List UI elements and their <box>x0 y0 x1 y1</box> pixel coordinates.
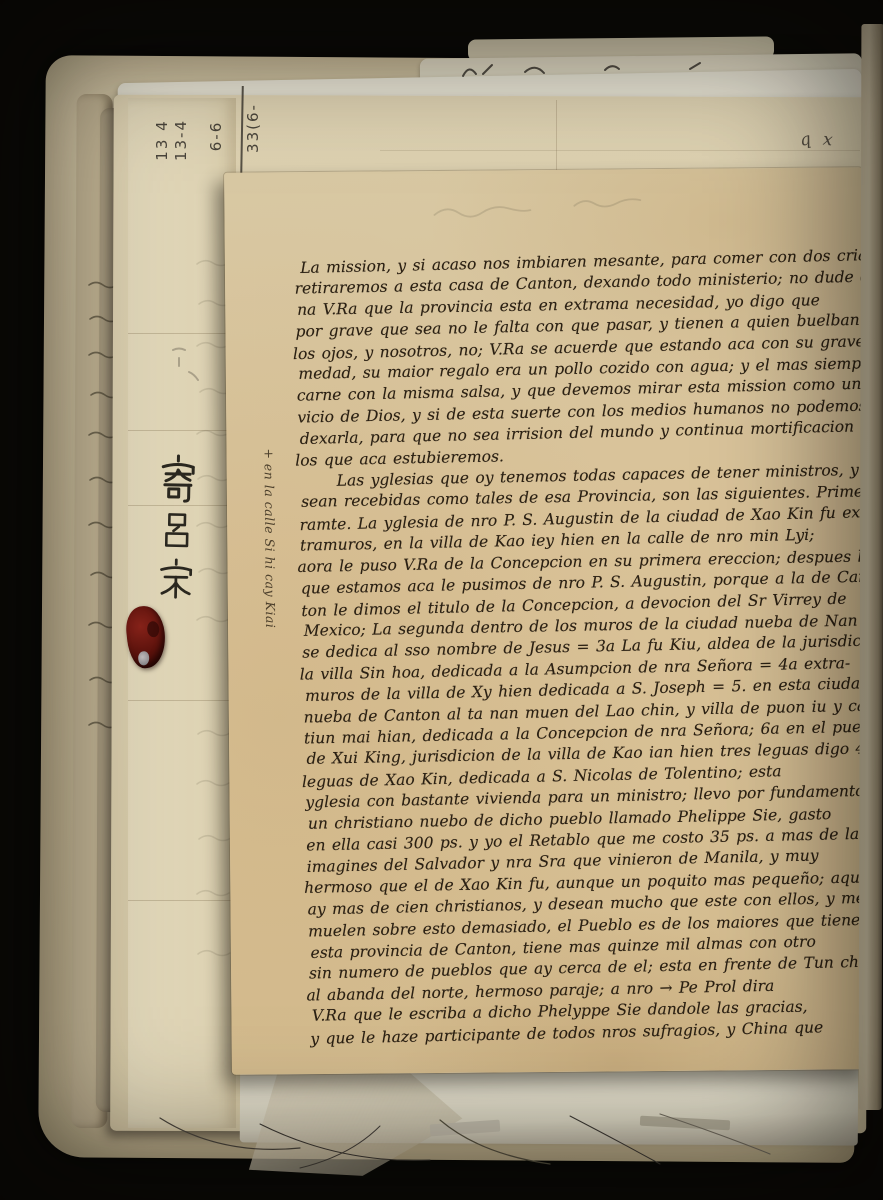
pencil-annotation: 33(6- <box>244 82 264 174</box>
binding-fibers-icon <box>140 1100 800 1190</box>
ink-mark: q <box>798 129 813 151</box>
faint-hanzi-marks-icon <box>165 344 205 388</box>
scanned-manuscript-page: 13 4 13-4 6-6 33(6- q x + e <box>0 0 883 1200</box>
crease <box>380 150 860 151</box>
pencil-annotation: 13-4 <box>172 94 192 186</box>
letter-text: La mission, y si acaso nos imbiaren mesa… <box>294 246 870 1050</box>
pencil-annotation: 6-6 <box>207 101 227 171</box>
show-through-writing <box>424 184 764 237</box>
hanzi-song-icon <box>154 558 197 601</box>
marginal-note: + en la calle Si hi cay Kiai <box>261 448 278 628</box>
ink-mark: x <box>822 130 834 151</box>
hanzi-lyu-icon <box>158 511 197 552</box>
chinese-inscription <box>150 453 203 600</box>
letter-page: + en la calle Si hi cay Kiai La mission,… <box>224 167 872 1075</box>
crease <box>556 100 557 170</box>
pencil-annotation: 13 4 <box>153 94 173 186</box>
hanzi-ji-icon <box>155 454 200 505</box>
right-page-edge <box>859 24 883 1110</box>
cut-off-writing-icon <box>455 56 755 82</box>
ink-marks: q x <box>800 130 832 150</box>
